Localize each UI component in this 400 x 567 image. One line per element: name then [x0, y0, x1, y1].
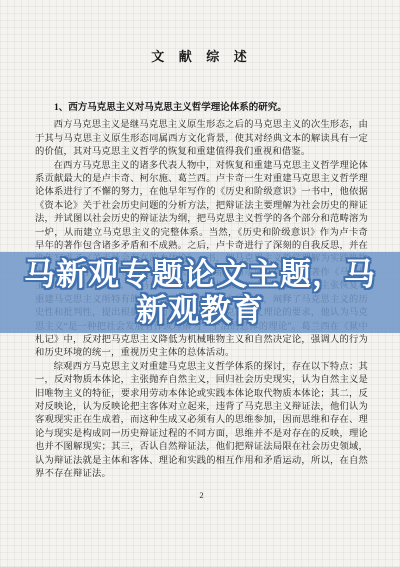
watermark-text-line2: 新观教育	[136, 293, 264, 329]
paragraph-intro: 西方马克思主义是继马克思主义原生形态之后的马克思主义的次生形态，由于其与马克思主…	[35, 119, 368, 159]
page-title: 文 献 综 述	[35, 46, 368, 65]
page-number: 2	[35, 490, 368, 500]
paragraph-summary: 综观西方马克思主义对重建马克思主义哲学体系的探讨，存在以下特点：其一，反对物质本…	[35, 361, 368, 482]
watermark-banner: 马新观专题论文主题，马 新观教育	[0, 252, 400, 333]
watermark-text-line1: 马新观专题论文主题，马	[24, 257, 376, 293]
section-heading: 1、西方马克思主义对马克思主义哲学理论体系的研究。	[35, 102, 368, 115]
